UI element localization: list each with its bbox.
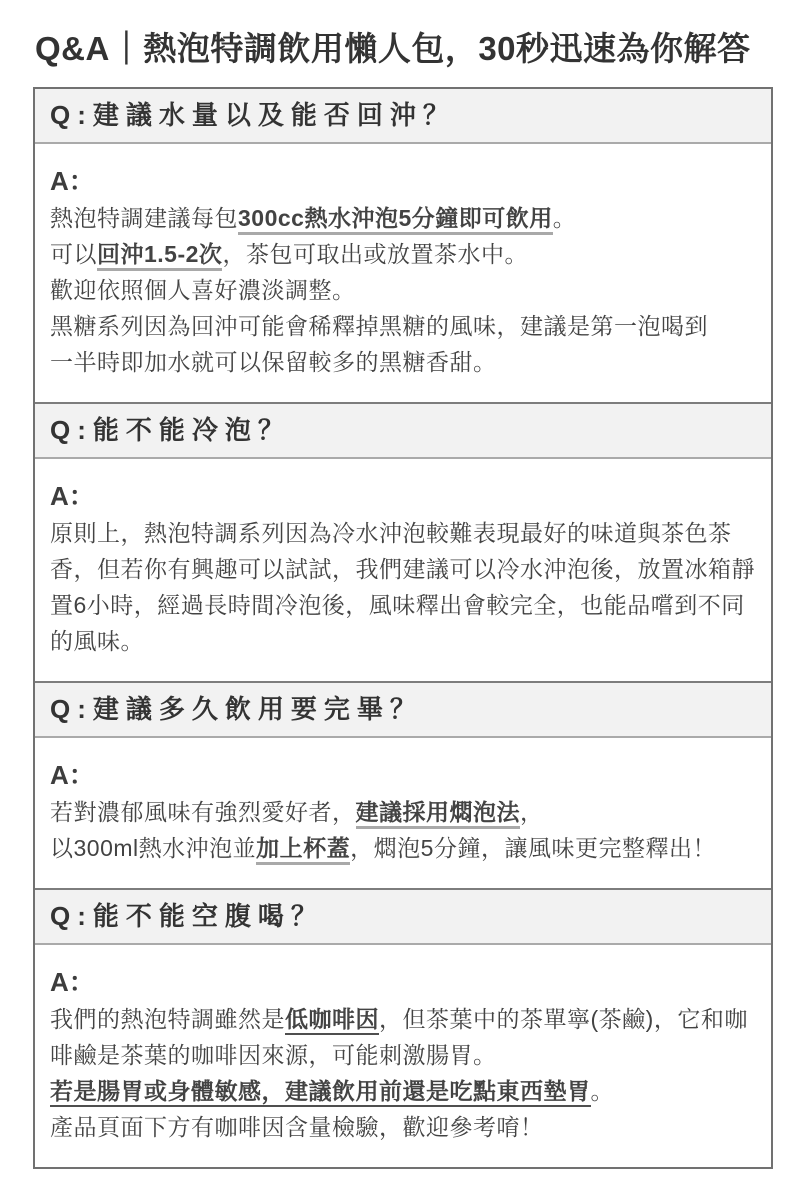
answer-text-emphasis: 300cc熱水沖泡5分鐘即可飲用 [238, 205, 553, 235]
answer-text: ，但茶葉中的茶單寧(茶鹼)，它和咖 [379, 1006, 748, 1032]
answer-text: 一半時即加水就可以保留較多的黑糖香甜。 [50, 349, 497, 375]
answer-text: 以300ml熱水沖泡並 [50, 835, 256, 861]
question-header: Q:能不能空腹喝？ [35, 888, 771, 945]
answer-text: 可以 [50, 241, 97, 267]
question-header: Q:建議水量以及能否回沖？ [35, 89, 771, 144]
question-text: Q:能不能冷泡？ [50, 415, 291, 445]
answer-line: 置6小時，經過長時間冷泡後，風味釋出會較完全，也能品嚐到不同 [50, 587, 756, 623]
answer-line: 若是腸胃或身體敏感，建議飲用前還是吃點東西墊胃。 [50, 1073, 756, 1109]
answer-text: 原則上，熱泡特調系列因為冷水沖泡較難表現最好的味道與茶色茶 [50, 520, 732, 546]
faq-page: Q&A｜熱泡特調飲用懶人包，30秒迅速為你解答 Q:建議水量以及能否回沖？A：熱… [0, 0, 800, 1201]
answer-label: A： [50, 163, 756, 200]
answer-text-emphasis: 若是腸胃或身體敏感，建議飲用前還是吃點東西墊胃 [50, 1078, 591, 1107]
answer-text-emphasis: 低咖啡因 [285, 1006, 379, 1035]
answer-line: 產品頁面下方有咖啡因含量檢驗，歡迎參考唷！ [50, 1109, 756, 1145]
question-header: Q:建議多久飲用要完畢？ [35, 681, 771, 738]
answer-label: A： [50, 478, 756, 515]
answer-text: 香，但若你有興趣可以試試，我們建議可以冷水沖泡後，放置冰箱靜 [50, 556, 755, 582]
question-text: Q:建議多久飲用要完畢？ [50, 694, 423, 724]
answer-text: 我們的熱泡特調雖然是 [50, 1006, 285, 1032]
question-text: Q:建議水量以及能否回沖？ [50, 100, 456, 130]
answer-line: 歡迎依照個人喜好濃淡調整。 [50, 272, 756, 308]
answer-line: 啡鹼是茶葉的咖啡因來源，可能刺激腸胃。 [50, 1037, 756, 1073]
answer-text: ，燜泡5分鐘，讓風味更完整釋出！ [350, 835, 716, 861]
question-header: Q:能不能冷泡？ [35, 402, 771, 459]
answer-line: 可以回沖1.5-2次，茶包可取出或放置茶水中。 [50, 236, 756, 272]
answer-text: 置6小時，經過長時間冷泡後，風味釋出會較完全，也能品嚐到不同 [50, 592, 745, 618]
answer-text: 。 [553, 205, 577, 231]
answer-text: 的風味。 [50, 628, 144, 654]
answer-text: ，茶包可取出或放置茶水中。 [222, 241, 528, 267]
answer-line: 原則上，熱泡特調系列因為冷水沖泡較難表現最好的味道與茶色茶 [50, 515, 756, 551]
answer-line: 香，但若你有興趣可以試試，我們建議可以冷水沖泡後，放置冰箱靜 [50, 551, 756, 587]
question-text: Q:能不能空腹喝？ [50, 901, 324, 931]
answer-line: 熱泡特調建議每包300cc熱水沖泡5分鐘即可飲用。 [50, 200, 756, 236]
answer-text: 。 [591, 1078, 615, 1104]
answer-line: 一半時即加水就可以保留較多的黑糖香甜。 [50, 344, 756, 380]
answer-label: A： [50, 964, 756, 1001]
qa-section: Q:建議水量以及能否回沖？A：熱泡特調建議每包300cc熱水沖泡5分鐘即可飲用。… [35, 89, 771, 402]
answer-text-emphasis: 加上杯蓋 [256, 835, 350, 865]
answer-line: 的風味。 [50, 623, 756, 659]
answer-line: 我們的熱泡特調雖然是低咖啡因，但茶葉中的茶單寧(茶鹼)，它和咖 [50, 1001, 756, 1037]
answer-text: 啡鹼是茶葉的咖啡因來源，可能刺激腸胃。 [50, 1042, 497, 1068]
answer-text: ， [520, 799, 544, 825]
qa-box: Q:建議水量以及能否回沖？A：熱泡特調建議每包300cc熱水沖泡5分鐘即可飲用。… [33, 87, 773, 1169]
answer-line: 黑糖系列因為回沖可能會稀釋掉黑糖的風味，建議是第一泡喝到 [50, 308, 756, 344]
answer-label: A： [50, 757, 756, 794]
answer-text: 產品頁面下方有咖啡因含量檢驗，歡迎參考唷！ [50, 1114, 544, 1140]
answer-block: A：我們的熱泡特調雖然是低咖啡因，但茶葉中的茶單寧(茶鹼)，它和咖啡鹼是茶葉的咖… [35, 945, 771, 1167]
answer-text-emphasis: 回沖1.5-2次 [97, 241, 222, 271]
qa-section: Q:能不能冷泡？A：原則上，熱泡特調系列因為冷水沖泡較難表現最好的味道與茶色茶香… [35, 402, 771, 681]
answer-block: A：若對濃郁風味有強烈愛好者，建議採用燜泡法，以300ml熱水沖泡並加上杯蓋，燜… [35, 738, 771, 888]
answer-text: 熱泡特調建議每包 [50, 205, 238, 231]
answer-text: 若對濃郁風味有強烈愛好者， [50, 799, 356, 825]
answer-line: 以300ml熱水沖泡並加上杯蓋，燜泡5分鐘，讓風味更完整釋出！ [50, 830, 756, 866]
qa-section: Q:建議多久飲用要完畢？A：若對濃郁風味有強烈愛好者，建議採用燜泡法，以300m… [35, 681, 771, 888]
qa-section: Q:能不能空腹喝？A：我們的熱泡特調雖然是低咖啡因，但茶葉中的茶單寧(茶鹼)，它… [35, 888, 771, 1167]
answer-text-emphasis: 建議採用燜泡法 [356, 799, 521, 829]
answer-text: 黑糖系列因為回沖可能會稀釋掉黑糖的風味，建議是第一泡喝到 [50, 313, 708, 339]
answer-block: A：原則上，熱泡特調系列因為冷水沖泡較難表現最好的味道與茶色茶香，但若你有興趣可… [35, 459, 771, 681]
page-title: Q&A｜熱泡特調飲用懶人包，30秒迅速為你解答 [35, 28, 773, 70]
answer-line: 若對濃郁風味有強烈愛好者，建議採用燜泡法， [50, 794, 756, 830]
answer-block: A：熱泡特調建議每包300cc熱水沖泡5分鐘即可飲用。可以回沖1.5-2次，茶包… [35, 144, 771, 402]
answer-text: 歡迎依照個人喜好濃淡調整。 [50, 277, 356, 303]
